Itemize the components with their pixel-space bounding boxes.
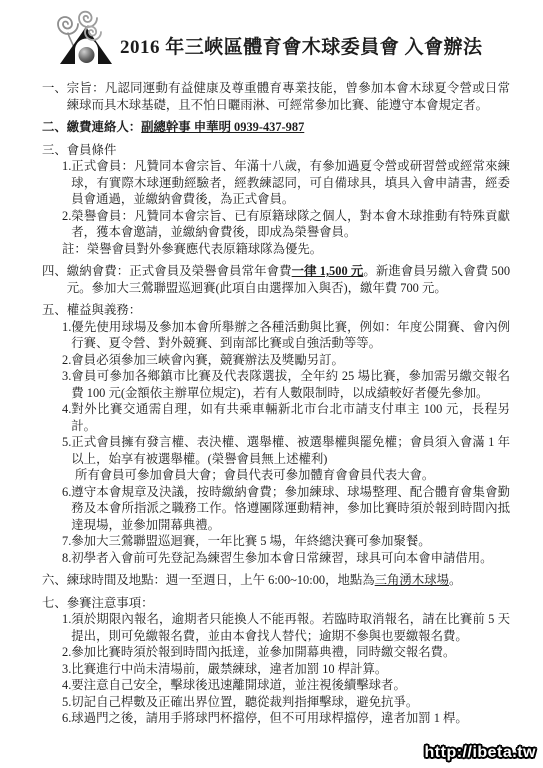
paragraph-text: 參加大三鶯聯盟巡迴賽，一年比賽 5 場，年終總決賽可參加聚餐。 xyxy=(71,533,510,550)
paragraph-text: 正式會員擁有發言權、表決權、選舉權、被選舉權與罷免權；會員須入會滿 1 年以上，… xyxy=(71,434,510,467)
paragraph: 四、繳納會費：正式會員及榮譽會員常年會費一律 1,500 元。新進會員另繳入會費… xyxy=(42,263,510,296)
paragraph-text: 參加比賽時須於報到時間內抵達，並參加開幕典禮，同時繳交報名費。 xyxy=(71,644,510,661)
paragraph-text: 須於期限內報名，逾期者只能換人不能再報。若臨時取消報名，請在比賽前 5 天提出，… xyxy=(71,611,510,644)
item-marker: 4. xyxy=(62,677,71,694)
item-marker: 5. xyxy=(62,434,71,451)
section-7: 七、參賽注意事項：1.須於期限內報名，逾期者只能換人不能再報。若臨時取消報名，請… xyxy=(42,595,510,727)
paragraph-text: 榮譽會員：凡贊同本會宗旨、已有原籍球隊之個人，對本會木球推動有特殊貢獻者，獲本會… xyxy=(71,208,510,241)
text-run: 要注意自己安全，擊球後迅速離開球道，並注視後續擊球者。 xyxy=(71,678,406,692)
paragraph-text: 繳費連絡人：副總幹事 申華明 0939-437-987 xyxy=(67,119,510,136)
paragraph: 七、參賽注意事項： xyxy=(42,595,510,612)
text-run: 切記自己桿數及正確出界位置，聽從裁判指揮擊球，避免抗爭。 xyxy=(71,695,418,709)
text-run: 正式會員擁有發言權、表決權、選舉權、被選舉權與罷免權；會員須入會滿 1 年以上，… xyxy=(71,435,510,466)
paragraph-text: 遵守本會規章及決議，按時繳納會費；參加練球、球場整理、配合體育會集會勤務及本會所… xyxy=(71,484,510,534)
paragraph: 註：榮譽會員對外參賽應代表原籍球隊為優先。 xyxy=(62,241,510,258)
paragraph: 4.對外比賽交通需自理，如有共乘車輛新北市台北市請支付車主 100 元，長程另計… xyxy=(62,401,510,434)
document-body: 一、宗旨：凡認同運動有益健康及尊重體育專業技能，曾參加本會木球夏令營或日常練球而… xyxy=(0,74,543,727)
paragraph: 6.遵守本會規章及決議，按時繳納會費；參加練球、球場整理、配合體育會集會勤務及本… xyxy=(62,484,510,534)
paragraph: 所有會員可參加會員大會；會員代表可參加體育會會員代表大會。 xyxy=(62,467,510,484)
paragraph: 一、宗旨：凡認同運動有益健康及尊重體育專業技能，曾參加本會木球夏令營或日常練球而… xyxy=(42,80,510,113)
section-3: 三、會員條件1.正式會員：凡贊同本會宗旨、年滿十八歲，有參加過夏令營或研習營或經… xyxy=(42,142,510,258)
text-run: 會員可參加各鄉鎮市比賽及代表隊選拔，全年約 25 場比賽，參加需另繳交報名費 1… xyxy=(71,369,510,400)
text-run: 參加比賽時須於報到時間內抵達，並參加開幕典禮，同時繳交報名費。 xyxy=(71,645,455,659)
section-2: 二、繳費連絡人：副總幹事 申華明 0939-437-987 xyxy=(42,119,510,136)
text-run: 榮譽會員：凡贊同本會宗旨、已有原籍球隊之個人，對本會木球推動有特殊貢獻者，獲本會… xyxy=(71,209,510,240)
paragraph: 6.球過門之後，請用手將球門杯擋停，但不可用球桿擋停，違者加罰 1 桿。 xyxy=(62,710,510,727)
paragraph-text: 正式會員：凡贊同本會宗旨、年滿十八歲，有參加過夏令營或研習營或經常來練球，有實際… xyxy=(71,158,510,208)
section-marker: 一、 xyxy=(42,80,67,97)
text-run: 會員必須參加三峽會內賽，競賽辦法及獎勵另訂。 xyxy=(71,353,344,367)
text-run: 比賽進行中尚未清場前，嚴禁練球，違者加罰 10 桿計算。 xyxy=(71,662,387,676)
paragraph-text: 會員必須參加三峽會內賽，競賽辦法及獎勵另訂。 xyxy=(71,352,510,369)
paragraph: 三、會員條件 xyxy=(42,142,510,159)
paragraph: 六、練球時間及地點：週一至週日，上午 6:00~10:00，地點為三角湧木球場。 xyxy=(42,572,510,589)
paragraph-text: 要注意自己安全，擊球後迅速離開球道，並注視後續擊球者。 xyxy=(71,677,510,694)
paragraph-text: 球過門之後，請用手將球門杯擋停，但不可用球桿擋停，違者加罰 1 桿。 xyxy=(71,710,510,727)
paragraph: 3.會員可參加各鄉鎮市比賽及代表隊選拔，全年約 25 場比賽，參加需另繳交報名費… xyxy=(62,368,510,401)
item-marker: 2. xyxy=(62,208,71,225)
paragraph-text: 對外比賽交通需自理，如有共乘車輛新北市台北市請支付車主 100 元，長程另計。 xyxy=(71,401,510,434)
paragraph-text: 比賽進行中尚未清場前，嚴禁練球，違者加罰 10 桿計算。 xyxy=(71,661,510,678)
text-run: 。 xyxy=(449,573,461,587)
text-run: 參賽注意事項： xyxy=(67,596,154,610)
section-marker: 四、 xyxy=(42,263,67,280)
section-items: 1.正式會員：凡贊同本會宗旨、年滿十八歲，有參加過夏令營或研習營或經常來練球，有… xyxy=(62,158,510,257)
item-marker: 1. xyxy=(62,158,71,175)
woodball-gate-logo-icon xyxy=(55,7,119,71)
paragraph-text: 宗旨：凡認同運動有益健康及尊重體育專業技能，曾參加本會木球夏令營或日常練球而具木… xyxy=(67,80,510,113)
item-marker: 5. xyxy=(62,694,71,711)
text-run: 宗旨：凡認同運動有益健康及尊重體育專業技能，曾參加本會木球夏令營或日常練球而具木… xyxy=(67,81,510,112)
section-6: 六、練球時間及地點：週一至週日，上午 6:00~10:00，地點為三角湧木球場。 xyxy=(42,572,510,589)
paragraph: 4.要注意自己安全，擊球後迅速離開球道，並注視後續擊球者。 xyxy=(62,677,510,694)
paragraph-text: 所有會員可參加會員大會；會員代表可參加體育會會員代表大會。 xyxy=(75,467,510,484)
paragraph: 8.初學者入會前可先登記為練習生參加本會日常練習，球具可向本會申請借用。 xyxy=(62,550,510,567)
section-marker: 五、 xyxy=(42,302,67,319)
paragraph-text: 初學者入會前可先登記為練習生參加本會日常練習，球具可向本會申請借用。 xyxy=(71,550,510,567)
text-run: 遵守本會規章及決議，按時繳納會費；參加練球、球場整理、配合體育會集會勤務及本會所… xyxy=(71,485,510,532)
paragraph: 5.切記自己桿數及正確出界位置，聽從裁判指揮擊球，避免抗爭。 xyxy=(62,694,510,711)
section-marker: 六、 xyxy=(42,572,67,589)
section-items: 1.優先使用球場及參加本會所舉辦之各種活動與比賽，例如：年度公開賽、會內例行賽、… xyxy=(62,319,510,567)
text-run: 三角湧木球場 xyxy=(375,573,449,587)
text-run: 所有會員可參加會員大會；會員代表可參加體育會會員代表大會。 xyxy=(75,468,434,482)
item-marker: 8. xyxy=(62,550,71,567)
item-marker: 6. xyxy=(62,710,71,727)
item-marker: 1. xyxy=(62,611,71,628)
section-marker: 二、 xyxy=(42,119,67,136)
text-run: 球過門之後，請用手將球門杯擋停，但不可用球桿擋停，違者加罰 1 桿。 xyxy=(71,711,468,725)
paragraph-text: 會員可參加各鄉鎮市比賽及代表隊選拔，全年約 25 場比賽，參加需另繳交報名費 1… xyxy=(71,368,510,401)
item-marker: 3. xyxy=(62,661,71,678)
text-run: 副總幹事 申華明 0939-437-987 xyxy=(141,120,304,134)
paragraph: 7.參加大三鶯聯盟巡迴賽，一年比賽 5 場，年終總決賽可參加聚餐。 xyxy=(62,533,510,550)
text-run: 權益與義務： xyxy=(67,303,141,317)
paragraph-text: 練球時間及地點：週一至週日，上午 6:00~10:00，地點為三角湧木球場。 xyxy=(67,572,510,589)
text-run: 須於期限內報名，逾期者只能換人不能再報。若臨時取消報名，請在比賽前 5 天提出，… xyxy=(71,612,510,643)
text-run: 會員條件 xyxy=(67,143,117,157)
paragraph-text: 榮譽會員對外參賽應代表原籍球隊為優先。 xyxy=(87,241,510,258)
paragraph: 五、權益與義務： xyxy=(42,302,510,319)
text-run: 正式會員：凡贊同本會宗旨、年滿十八歲，有參加過夏令營或研習營或經常來練球，有實際… xyxy=(71,159,510,206)
paragraph: 5.正式會員擁有發言權、表決權、選舉權、被選舉權與罷免權；會員須入會滿 1 年以… xyxy=(62,434,510,467)
paragraph-text: 優先使用球場及參加本會所舉辦之各種活動與比賽，例如：年度公開賽、會內例行賽、夏令… xyxy=(71,319,510,352)
section-1: 一、宗旨：凡認同運動有益健康及尊重體育專業技能，曾參加本會木球夏令營或日常練球而… xyxy=(42,80,510,113)
text-run: 繳費連絡人： xyxy=(67,120,141,134)
paragraph-text: 權益與義務： xyxy=(67,302,510,319)
paragraph-text: 會員條件 xyxy=(67,142,510,159)
item-marker: 2. xyxy=(62,352,71,369)
paragraph: 二、繳費連絡人：副總幹事 申華明 0939-437-987 xyxy=(42,119,510,136)
paragraph: 3.比賽進行中尚未清場前，嚴禁練球，違者加罰 10 桿計算。 xyxy=(62,661,510,678)
paragraph-text: 切記自己桿數及正確出界位置，聽從裁判指揮擊球，避免抗爭。 xyxy=(71,694,510,711)
section-marker: 三、 xyxy=(42,142,67,159)
text-run: 繳納會費：正式會員及榮譽會員常年會費 xyxy=(67,264,292,278)
paragraph: 2.參加比賽時須於報到時間內抵達，並參加開幕典禮，同時繳交報名費。 xyxy=(62,644,510,661)
item-marker: 4. xyxy=(62,401,71,418)
paragraph: 2.榮譽會員：凡贊同本會宗旨、已有原籍球隊之個人，對本會木球推動有特殊貢獻者，獲… xyxy=(62,208,510,241)
text-run: 參加大三鶯聯盟巡迴賽，一年比賽 5 場，年終總決賽可參加聚餐。 xyxy=(71,534,430,548)
item-marker: 1. xyxy=(62,319,71,336)
section-4: 四、繳納會費：正式會員及榮譽會員常年會費一律 1,500 元。新進會員另繳入會費… xyxy=(42,263,510,296)
text-run: 練球時間及地點：週一至週日，上午 6:00~10:00，地點為 xyxy=(67,573,375,587)
paragraph: 1.須於期限內報名，逾期者只能換人不能再報。若臨時取消報名，請在比賽前 5 天提… xyxy=(62,611,510,644)
paragraph-text: 繳納會費：正式會員及榮譽會員常年會費一律 1,500 元。新進會員另繳入會費 5… xyxy=(67,263,510,296)
page-title: 2016 年三峽區體育會木球委員會 入會辦法 xyxy=(120,32,533,59)
text-run: 初學者入會前可先登記為練習生參加本會日常練習，球具可向本會申請借用。 xyxy=(71,551,492,565)
text-run: 對外比賽交通需自理，如有共乘車輛新北市台北市請支付車主 100 元，長程另計。 xyxy=(71,402,510,433)
section-marker: 七、 xyxy=(42,595,67,612)
item-marker: 7. xyxy=(62,533,71,550)
item-marker: 註： xyxy=(62,241,87,258)
item-marker: 3. xyxy=(62,368,71,385)
paragraph: 1.正式會員：凡贊同本會宗旨、年滿十八歲，有參加過夏令營或研習營或經常來練球，有… xyxy=(62,158,510,208)
text-run: 優先使用球場及參加本會所舉辦之各種活動與比賽，例如：年度公開賽、會內例行賽、夏令… xyxy=(71,320,510,351)
section-items: 1.須於期限內報名，逾期者只能換人不能再報。若臨時取消報名，請在比賽前 5 天提… xyxy=(62,611,510,727)
paragraph: 2.會員必須參加三峽會內賽，競賽辦法及獎勵另訂。 xyxy=(62,352,510,369)
document-header: 2016 年三峽區體育會木球委員會 入會辦法 xyxy=(0,0,543,74)
item-marker: 6. xyxy=(62,484,71,501)
item-marker: 2. xyxy=(62,644,71,661)
paragraph: 1.優先使用球場及參加本會所舉辦之各種活動與比賽，例如：年度公開賽、會內例行賽、… xyxy=(62,319,510,352)
text-run: 榮譽會員對外參賽應代表原籍球隊為優先。 xyxy=(87,242,322,256)
section-5: 五、權益與義務：1.優先使用球場及參加本會所舉辦之各種活動與比賽，例如：年度公開… xyxy=(42,302,510,566)
watermark: http://ibeta.tw xyxy=(425,744,536,762)
text-run: 一律 1,500 元 xyxy=(292,264,364,278)
paragraph-text: 參賽注意事項： xyxy=(67,595,510,612)
